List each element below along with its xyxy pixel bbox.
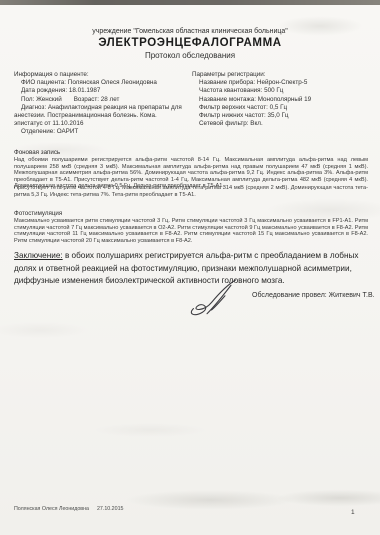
footer-patient-name: Полянская Олеся Леонидовна [14, 506, 89, 512]
background-record-paragraph-2: Присутствует тета-ритм частотой 4-8 Гц. … [14, 185, 368, 198]
patient-name-line: ФИО пациента: Полянская Олеся Леонидовна [14, 79, 186, 87]
patient-info-block: Информация о пациенте: ФИО пациента: Пол… [14, 71, 186, 137]
patient-sex-age-line: Пол: ЖенскийВозраст: 28 лет [14, 96, 186, 104]
background-record-heading: Фоновая запись [14, 149, 60, 156]
scan-edge-band [0, 0, 380, 5]
registration-montage-line: Название монтажа: Монополярный 19 [192, 96, 368, 104]
patient-info-heading: Информация о пациенте: [14, 71, 186, 79]
page-title: ЭЛЕКТРОЭНЦЕФАЛОГРАММА [0, 37, 380, 49]
registration-lpf-line: Фильтр нижних частот: 35,0 Гц [192, 112, 368, 120]
patient-age: Возраст: 28 лет [74, 96, 120, 103]
document-page: учреждение "Гомельская областная клиниче… [0, 0, 380, 535]
footer-date: 27.10.2015 [97, 506, 124, 512]
institution-name: учреждение "Гомельская областная клиниче… [0, 28, 380, 35]
conclusion-label: Заключение: [14, 251, 63, 260]
photostimulation-paragraph: Максимально усваивается ритм стимуляции … [14, 218, 368, 244]
registration-hpf-line: Фильтр верхних частот: 0,5 Гц [192, 104, 368, 112]
registration-params-block: Параметры регистрации: Название прибора:… [192, 71, 368, 128]
registration-heading: Параметры регистрации: [192, 71, 368, 79]
patient-department-line: Отделение: ОАРИТ [14, 128, 186, 136]
registration-notch-line: Сетевой фильтр: Вкл. [192, 120, 368, 128]
registration-device-line: Название прибора: Нейрон-Спектр-5 [192, 79, 368, 87]
page-subtitle: Протокол обследования [0, 51, 380, 60]
footer-page-number: 1 [351, 509, 355, 516]
examiner-signature-label: Обследование провел: Житкевич Т.В. [252, 292, 375, 299]
registration-sampling-line: Частота квантования: 500 Гц [192, 87, 368, 95]
patient-sex: Пол: Женский [21, 96, 62, 103]
footer-patient-and-date: Полянская Олеся Леонидовна27.10.2015 [14, 506, 123, 512]
handwritten-signature-icon [186, 278, 246, 318]
photostimulation-heading: Фотостимуляция [14, 210, 62, 217]
patient-birth-line: Дата рождения: 18.01.1987 [14, 87, 186, 95]
patient-diagnosis-line: Диагноз: Анафилактоидная реакция на преп… [14, 104, 186, 129]
